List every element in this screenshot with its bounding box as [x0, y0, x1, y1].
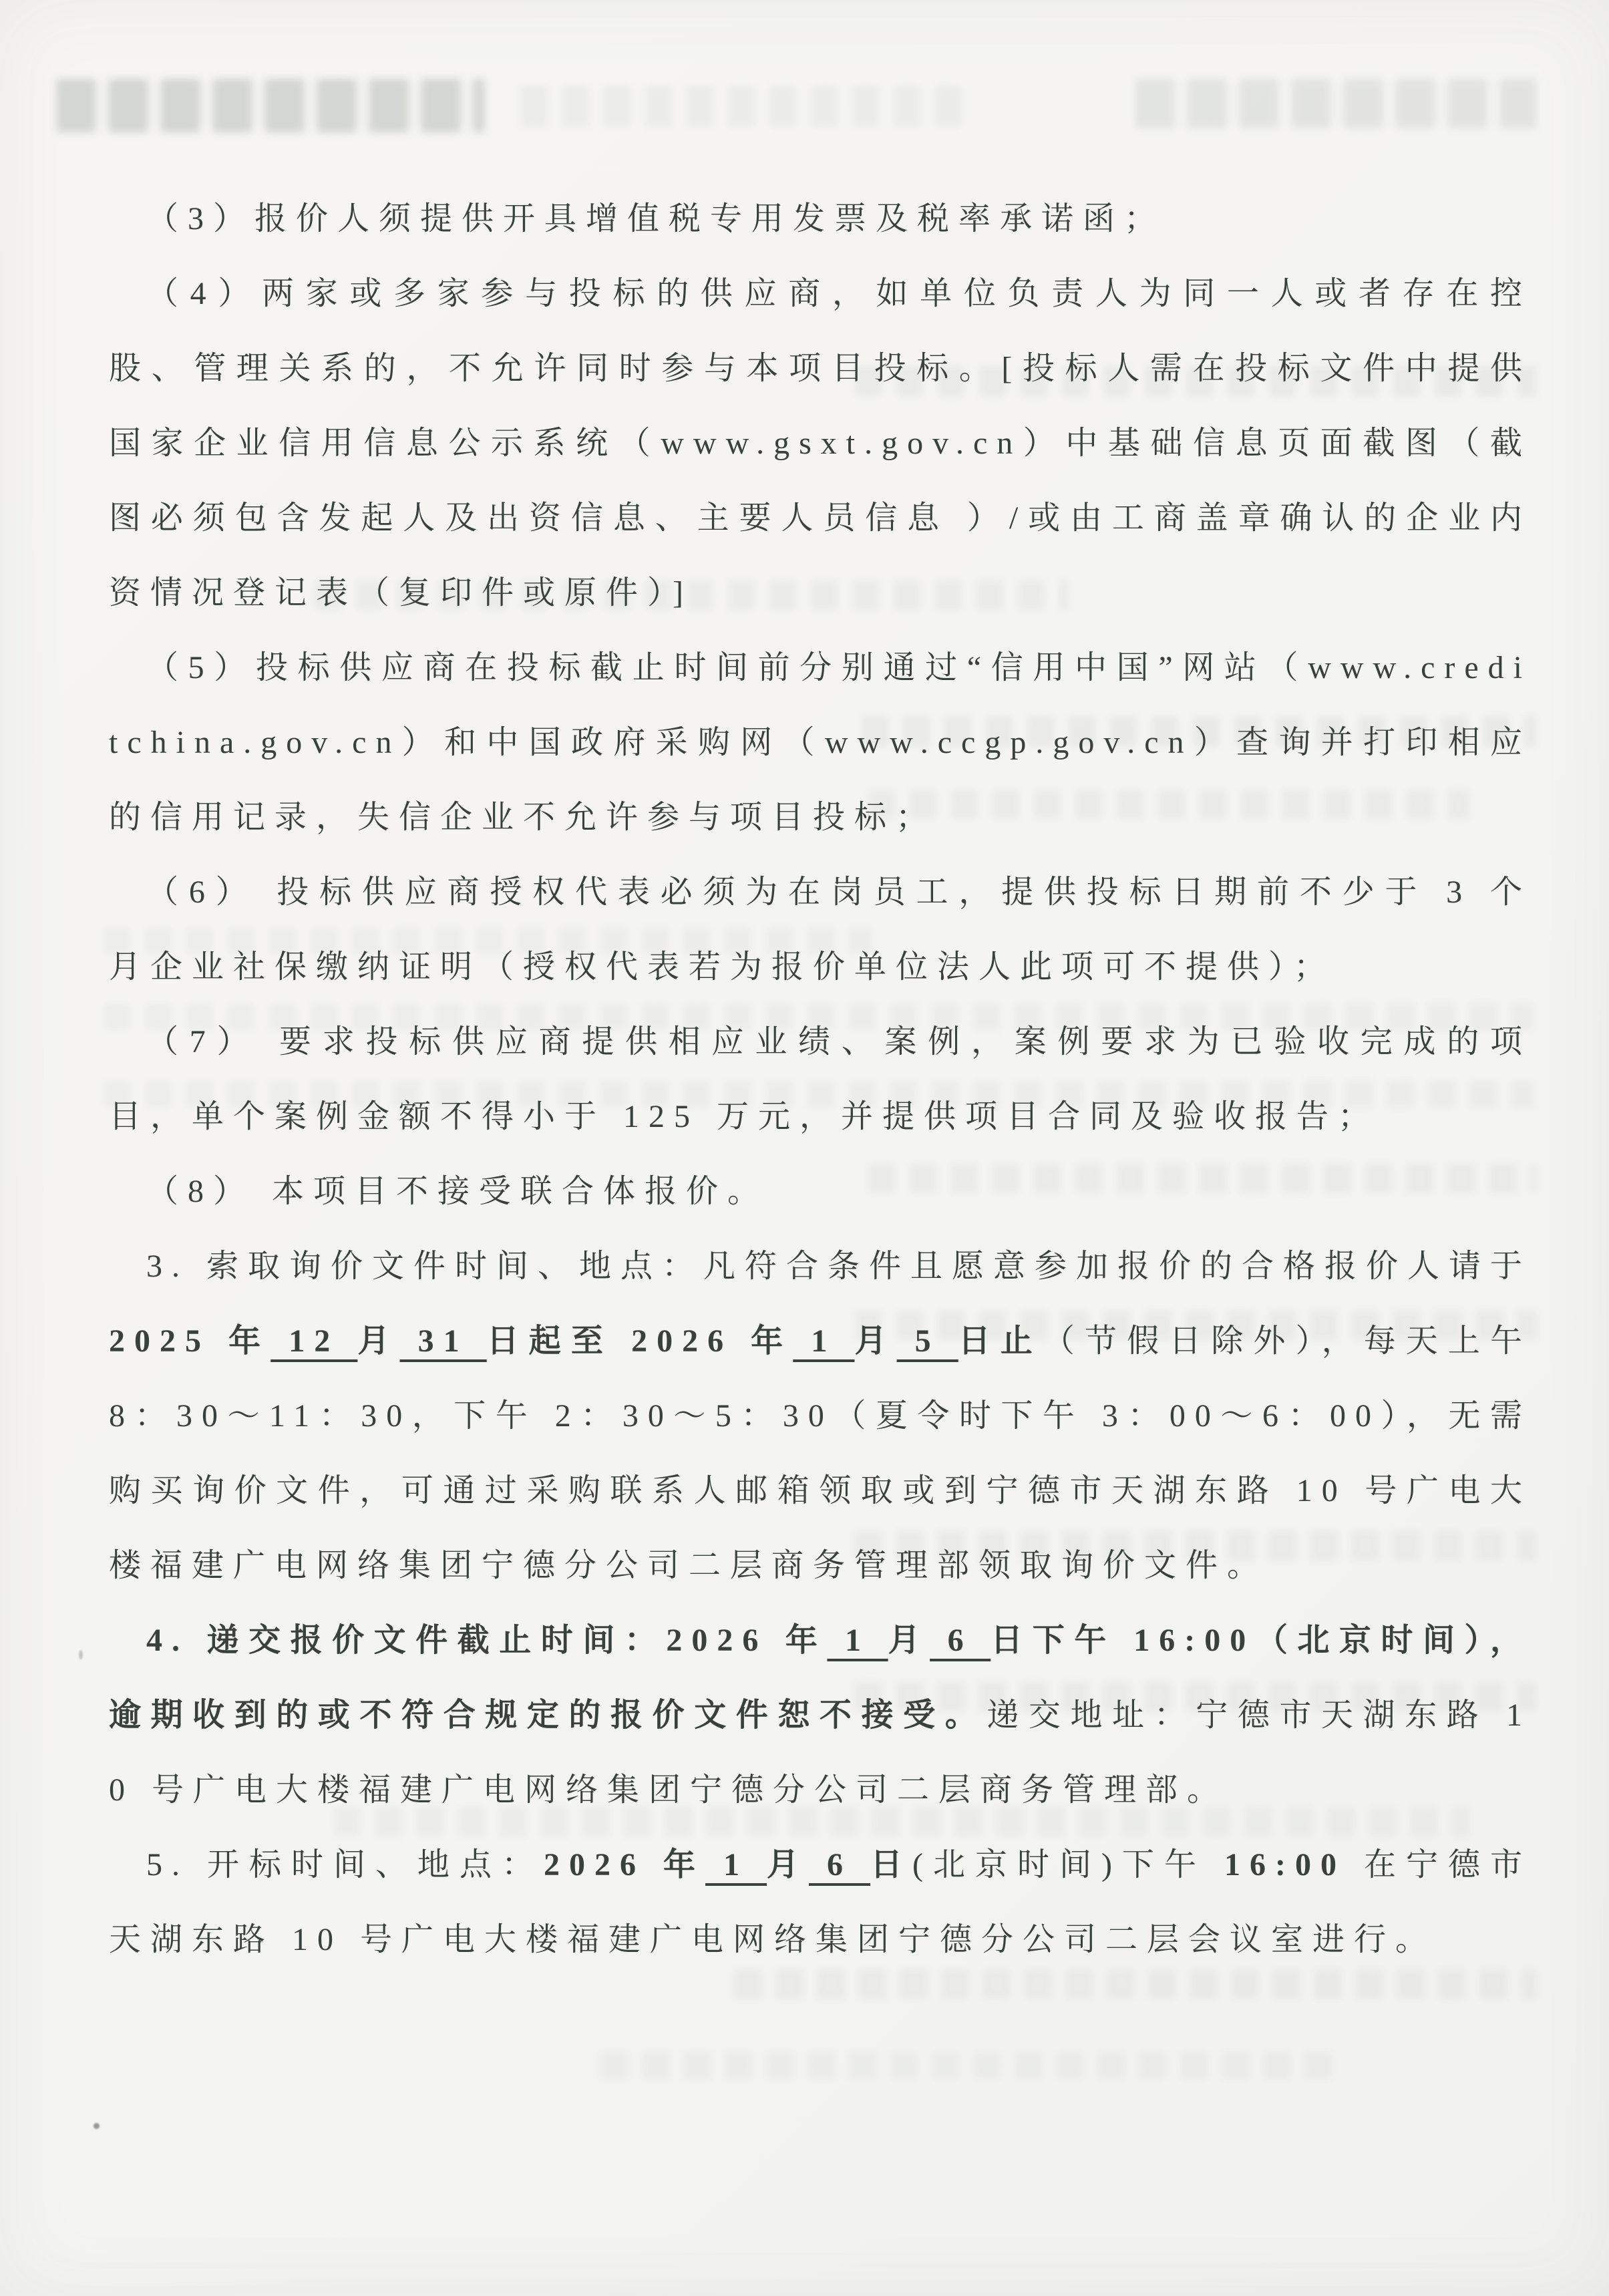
paragraph-clause-6: （6） 投标供应商授权代表必须为在岗员工，提供投标日期前不少于 3 个月企业社保…: [109, 855, 1532, 1005]
text-segment: 月: [888, 1623, 930, 1658]
text-segment: （4）两家或多家参与投标的供应商，如单位负责人为同一人或者存在控股、管理关系的，…: [109, 276, 1532, 611]
scan-speck: [79, 1650, 83, 1659]
text-segment: 月: [854, 1323, 896, 1359]
text-segment: 月: [357, 1323, 399, 1359]
text-segment: 月: [767, 1847, 809, 1882]
paragraph-clause-8: （8） 本项目不接受联合体报价。: [109, 1154, 1532, 1229]
bleedthrough-smudge: [57, 79, 484, 132]
text-segment: 日: [870, 1847, 912, 1882]
paragraph-clause-7: （7） 要求投标供应商提供相应业绩、案例，案例要求为已验收完成的项目，单个案例金…: [109, 1005, 1532, 1154]
text-segment: 日止: [958, 1323, 1043, 1359]
text-segment: （7） 要求投标供应商提供相应业绩、案例，案例要求为已验收完成的项目，单个案例金…: [109, 1024, 1532, 1134]
text-segment: （3）报价人须提供开具增值税专用发票及税率承诺函；: [146, 201, 1166, 236]
paragraph-clause-4: （4）两家或多家参与投标的供应商，如单位负责人为同一人或者存在控股、管理关系的，…: [109, 257, 1532, 631]
scan-speck: [94, 2123, 100, 2129]
text-segment: (北京时间)下午: [912, 1847, 1224, 1882]
text-segment: （8） 本项目不接受联合体报价。: [146, 1174, 769, 1209]
text-segment: 1: [827, 1623, 888, 1658]
text-segment: （6） 投标供应商授权代表必须为在岗员工，提供投标日期前不少于 3 个月企业社保…: [109, 874, 1532, 985]
bleedthrough-smudge: [601, 2052, 1336, 2079]
paragraph-clause-5: （5）投标供应商在投标截止时间前分别通过“信用中国”网站（www.creditc…: [109, 631, 1532, 855]
text-segment: 3. 索取询价文件时间、地点：凡符合条件且愿意参加报价的合格报价人请于: [146, 1249, 1549, 1284]
text-segment: 6: [809, 1847, 870, 1882]
paragraph-item-3: 3. 索取询价文件时间、地点：凡符合条件且愿意参加报价的合格报价人请于 2025…: [109, 1229, 1532, 1603]
text-segment: 5. 开标时间、地点：: [146, 1847, 544, 1882]
text-segment: 1: [705, 1847, 767, 1882]
text-segment: 4. 递交报价文件截止时间：: [146, 1623, 666, 1658]
text-segment: 31: [400, 1323, 487, 1359]
text-segment: 12: [271, 1323, 357, 1359]
text-segment: 5: [897, 1323, 958, 1359]
paragraph-item-5: 5. 开标时间、地点：2026 年 1 月 6 日(北京时间)下午 16:00 …: [109, 1828, 1532, 1977]
text-segment: 日起至 2026 年: [487, 1323, 793, 1359]
text-segment: 2026 年: [544, 1847, 705, 1882]
paragraph-item-4: 4. 递交报价文件截止时间：2026 年 1 月 6 日下午 16:00（北京时…: [109, 1603, 1532, 1828]
paragraph-clause-3: （3）报价人须提供开具增值税专用发票及税率承诺函；: [109, 182, 1532, 257]
text-segment: （节假日除外），每天上午 8：30～11：30，下午 2：30～5：30（夏令时…: [109, 1323, 1549, 1583]
text-segment: 16:00: [1224, 1847, 1346, 1882]
text-segment: 2026 年: [666, 1623, 827, 1658]
text-segment: 1: [793, 1323, 854, 1359]
text-segment: （5）投标供应商在投标截止时间前分别通过“信用中国”网站（www.creditc…: [109, 650, 1532, 835]
text-segment: 6: [930, 1623, 991, 1658]
bleedthrough-smudge: [1135, 79, 1536, 128]
scanned-document-page: （3）报价人须提供开具增值税专用发票及税率承诺函；（4）两家或多家参与投标的供应…: [0, 0, 1609, 2296]
document-body: （3）报价人须提供开具增值税专用发票及税率承诺函；（4）两家或多家参与投标的供应…: [109, 182, 1532, 1977]
text-segment: 2025 年: [109, 1323, 271, 1359]
bleedthrough-smudge: [521, 86, 975, 127]
